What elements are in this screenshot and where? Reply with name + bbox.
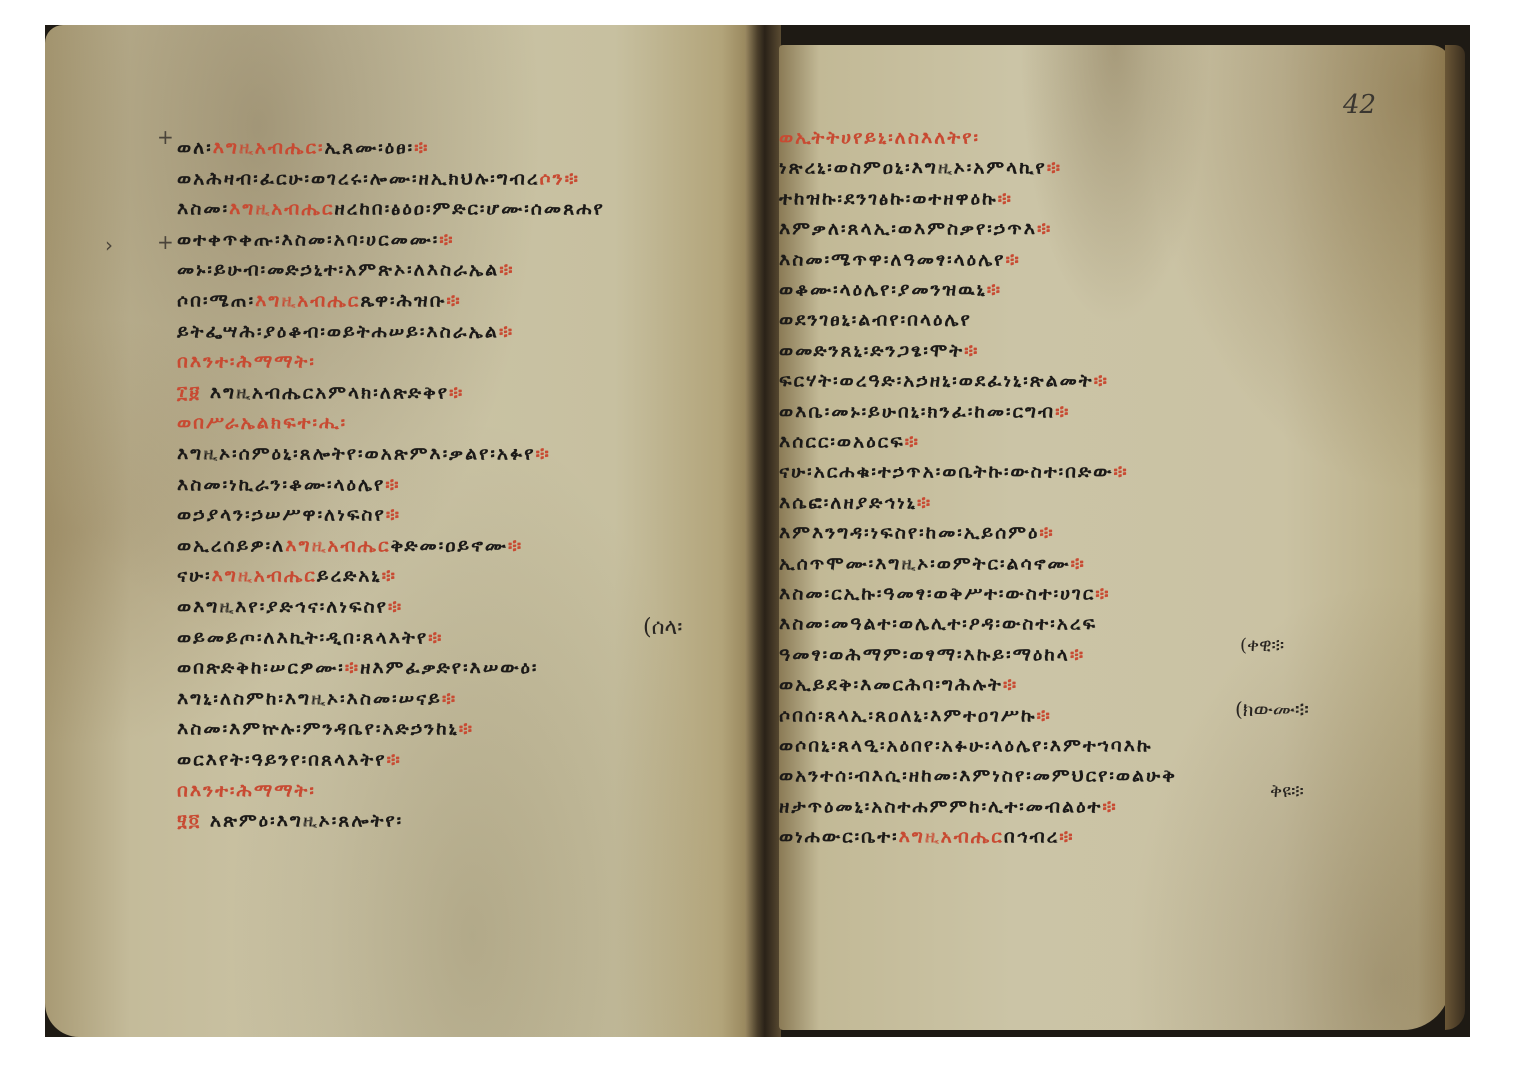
rubric-text: ፨ [1047, 158, 1062, 178]
manuscript-line: ዓመፃ፡ወሕማም፡ወፃማ፡እኩይ፡ማዕከላ፨ [779, 645, 1085, 665]
rubric-text: ፨ [1037, 219, 1052, 239]
ink-text: ወደንገፀኒ፡ልብየ፡በላዕሌየ [779, 310, 972, 330]
rubric-text: ፨ [1102, 797, 1117, 817]
ink-text: እስመ፡መዓልተ፡ወሌሊተ፡ዖዳ፡ውስተ፡አረፍ [779, 614, 1097, 634]
margin-note-right-3: ቅዩ፨ [1270, 781, 1304, 802]
ink-text: እግዚኦ፡ሰምዕኒ፡ጸሎትየ፡ወአጽምእ፡ቃልየ፡አፉየ [177, 444, 535, 464]
ink-text: ወአንተሰ፡ብእሲ፡ዘከመ፡እምነስየ፡መምህርየ፡ወልሁቅ [779, 766, 1177, 786]
ink-text: ዘእምፈቃድየ፡እሠውዕ፡ [360, 658, 538, 678]
ink-text: እምእንግዳ፡ነፍስየ፡ከመ፡ኢይሰምዕ [779, 523, 1039, 543]
manuscript-line: ወበጽድቅከ፡ሠርዎሙ፡፨ዘእምፈቃድየ፡እሠውዕ፡ [177, 658, 538, 678]
manuscript-line: ይትፌሣሕ፡ያዕቆብ፡ወይትሐሠይ፡እስራኤል፨ [177, 321, 514, 341]
rubric-text: ፨ [385, 474, 400, 494]
ink-text: ኢጸሙ፡ዕፀ፡ [325, 138, 415, 158]
ink-text: ይትፌሣሕ፡ያዕቆብ፡ወይትሐሠይ፡እስራኤል [177, 321, 499, 341]
ink-text: ወአሕዛብ፡ፈርሁ፡ወገረሩ፡ሎሙ፡ዘኢክህሉ፡ግብረ [177, 168, 540, 188]
rubric-text: ፨ [1095, 584, 1110, 604]
rubric-text: ፶፬ [177, 811, 201, 831]
rubric-text: ፨ [1094, 371, 1109, 391]
manuscript-line: ፶፬ አጽምዕ፡እግዚኦ፡ጸሎትየ፡ [177, 811, 403, 831]
rubric-text: እግዚአብሔር [285, 536, 390, 556]
rubric-text: ፨ [442, 689, 457, 709]
ink-text: ናሁ፡አርሐቁ፡ተኃጥአ፡ወቤትኩ፡ውስተ፡በድው [779, 462, 1113, 482]
ink-text: ወሶበኒ፡ጸላዒ፡አዕበየ፡አፉሁ፡ላዕሌየ፡እምተኀባእኩ [779, 736, 1153, 756]
manuscript-line: በእንተ፡ሕማማት፡ [177, 352, 316, 372]
ink-text: ወመድንጸኒ፡ድንጋፄ፡ሞት [779, 341, 964, 361]
ink-text: መኑ፡ይሁብ፡መድኃኒተ፡አምጽኦ፡ለእስራኤል [177, 260, 499, 280]
manuscript-line: ወነሐውር፡ቤተ፡እግዚአብሔርበኅብረ፨ [779, 827, 1075, 847]
margin-note-right-1: (ቀዊ፨ [1240, 635, 1284, 656]
rubric-text: ፨ [1003, 675, 1018, 695]
manuscript-line: ፍርሃት፡ወረዓድ፡አኃዘኒ፡ወደፈነኒ፡ጽልመት፨ [779, 371, 1109, 391]
ink-text: ፍርሃት፡ወረዓድ፡አኃዘኒ፡ወደፈነኒ፡ጽልመት [779, 371, 1094, 391]
ink-text: ተከዝኩ፡ደንገፅኩ፡ወተዘዋዕኩ [779, 189, 998, 209]
ink-text: እስመ፡ርኢኩ፡ዓመፃ፡ወቅሥተ፡ውስተ፡ሀገር [779, 584, 1095, 604]
ink-text: እሴፎ፡ለዘያድኅነኒ [779, 493, 917, 513]
ink-text: ጼዋ፡ሕዝቡ [360, 291, 446, 311]
ink-text: ወይመይጦ፡ለእኪት፡ዲበ፡ጸላእትየ [177, 627, 428, 647]
manuscript-line: ፲፱ እግዚአብሔርአምላክ፡ለጽድቅየ፨ [177, 383, 464, 403]
manuscript-line: ወደንገፀኒ፡ልብየ፡በላዕሌየ [779, 310, 972, 330]
manuscript-line: እምእንግዳ፡ነፍስየ፡ከመ፡ኢይሰምዕ፨ [779, 523, 1055, 543]
rubric-text: ፨ [414, 138, 429, 158]
manuscript-line: እግኒ፡ለስምከ፡እግዚኦ፡እስመ፡ሠናይ፨ [177, 689, 457, 709]
manuscript-line: እስመ፡ነኪራን፡ቆሙ፡ላዕሌየ፨ [177, 474, 401, 494]
rubric-text: ፨ [439, 230, 454, 250]
margin-cross-mark: + [157, 125, 174, 149]
ink-text: ወኃያላን፡ኃሠሥዋ፡ለነፍስየ [177, 505, 386, 525]
rubric-text: ወኢትትሀየይኒ፡ለስእለትየ፡ [779, 128, 980, 148]
rubric-text: ፨ [508, 536, 523, 556]
manuscript-line: ወኢረሰይዎ፡ለእግዚአብሔርቅድመ፡ዐይኖሙ፨ [177, 536, 523, 556]
manuscript-line: ወመድንጸኒ፡ድንጋፄ፡ሞት፨ [779, 341, 979, 361]
rubric-text: ፨ [459, 719, 474, 739]
rubric-text: ፨ [1070, 645, 1085, 665]
rubric-text: እግዚአብሔር [255, 291, 360, 311]
ink-text: እሰርር፡ወአዕርፍ [779, 432, 905, 452]
rubric-text: ፨ [1071, 553, 1086, 573]
manuscript-line: እስመ፡መዓልተ፡ወሌሊተ፡ዖዳ፡ውስተ፡አረፍ [779, 614, 1097, 634]
ink-text: እግዚአብሔርአምላክ፡ለጽድቅየ [201, 383, 449, 403]
manuscript-line: በእንተ፡ሕማማት፡ [177, 780, 316, 800]
manuscript-line: ወለ፡እግዚአብሔር፡ኢጸሙ፡ዕፀ፡፨ [177, 138, 429, 158]
rubric-text: ፨ [449, 383, 464, 403]
ink-text: ወርእየት፡ዓይንየ፡በጸላእትየ [177, 750, 387, 770]
rubric-text: ፨ [386, 505, 401, 525]
ink-text: እስመ፡ [177, 199, 229, 219]
rubric-text: ወበሥራኤልክፍተ፡ሒ፡ [177, 413, 347, 433]
rubric-text: እግዚአብሔር [212, 566, 317, 586]
ink-text: ሶበ፡ሜጠ፡ [177, 291, 255, 311]
rubric-text: ፨ [1113, 462, 1128, 482]
manuscript-line: እሰርር፡ወአዕርፍ፨ [779, 432, 920, 452]
rubric-text: እግዚአብሔር፡ [213, 138, 325, 158]
rubric-text: ፨ [382, 566, 397, 586]
page-number: 42 [1343, 90, 1376, 120]
rubric-text: ፨ [428, 627, 443, 647]
ink-text: ወነሐውር፡ቤተ፡ [779, 827, 899, 847]
margin-note-left: (ሰላ፡ [643, 615, 682, 640]
rubric-text: ፨ [388, 597, 403, 617]
manuscript-line: ናሁ፡እግዚአብሔርይረድአኒ፨ [177, 566, 397, 586]
rubric-text: ፨ [998, 189, 1013, 209]
rubric-text: ፨ [499, 321, 514, 341]
manuscript-line: ወበሥራኤልክፍተ፡ሒ፡ [177, 413, 347, 433]
manuscript-line: ወአንተሰ፡ብእሲ፡ዘከመ፡እምነስየ፡መምህርየ፡ወልሁቅ [779, 766, 1177, 786]
rubric-text: ፨ [1039, 523, 1054, 543]
ink-text: ወኢይደቅ፡እመርሕባ፡ግሕሉት [779, 675, 1003, 695]
rubric-text: በእንተ፡ሕማማት፡ [177, 352, 316, 372]
manuscript-line: ወአሕዛብ፡ፈርሁ፡ወገረሩ፡ሎሙ፡ዘኢክህሉ፡ግብረሶን፨ [177, 168, 580, 188]
ink-text: ዘረከበ፡ፅዕዐ፡ምድር፡ሆሙ፡ሰመጸሐየ [334, 199, 604, 219]
ink-text: ኢሰጥሞሙ፡እግዚኦ፡ወምትር፡ልሳኖሙ [779, 553, 1071, 573]
rubric-text: ፨ [1055, 401, 1070, 421]
rubric-text: ፨ [987, 280, 1002, 300]
manuscript-photo: + + › ወለ፡እግዚአብሔር፡ኢጸሙ፡ዕፀ፡፨ወአሕዛብ፡ፈርሁ፡ወገረሩ፡… [45, 25, 1470, 1037]
margin-hook-mark: › [105, 233, 113, 257]
rubric-text: ሶን፨ [540, 168, 580, 188]
manuscript-line: እስመ፡እምኵሉ፡ምንዳቤየ፡አድኃንከኒ፨ [177, 719, 474, 739]
manuscript-line: ወኢይደቅ፡እመርሕባ፡ግሕሉት፨ [779, 675, 1018, 695]
ink-text: ወእቤ፡መኑ፡ይሁበኒ፡ክንፈ፡ከመ፡ርግብ [779, 401, 1055, 421]
ink-text: እስመ፡ነኪራን፡ቆሙ፡ላዕሌየ [177, 474, 385, 494]
rubric-text: ፨ [446, 291, 461, 311]
rubric-text: ፨ [387, 750, 402, 770]
manuscript-line: ወእቤ፡መኑ፡ይሁበኒ፡ክንፈ፡ከመ፡ርግብ፨ [779, 401, 1070, 421]
ink-text: ወተቀጥቀጡ፡እስመ፡አባ፡ሀርመሙ፡ [177, 230, 439, 250]
manuscript-line: እስመ፡ሜጥዋ፡ለዓመፃ፡ላዕሌየ፨ [779, 249, 1021, 269]
page-edge [1445, 45, 1465, 1030]
rubric-text: ፨ [964, 341, 979, 361]
manuscript-line: ወቆሙ፡ላዕሌየ፡ያመንዝዉኒ፨ [779, 280, 1002, 300]
ink-text: እስመ፡እምኵሉ፡ምንዳቤየ፡አድኃንከኒ [177, 719, 459, 739]
ink-text: ወቆሙ፡ላዕሌየ፡ያመንዝዉኒ [779, 280, 987, 300]
rubric-text: ፨ [1037, 705, 1052, 725]
ink-text: ወኢረሰይዎ፡ለ [177, 536, 285, 556]
rubric-text: ፨ [905, 432, 920, 452]
manuscript-line: ወይመይጦ፡ለእኪት፡ዲበ፡ጸላእትየ፨ [177, 627, 443, 647]
margin-note-right-2: (ክውሙ፨ [1235, 697, 1309, 721]
rubric-text: በእንተ፡ሕማማት፡ [177, 780, 316, 800]
ink-text: ወበጽድቅከ፡ሠርዎሙ፡ [177, 658, 345, 678]
ink-text: በኅብረ [1004, 827, 1059, 847]
manuscript-line: ተከዝኩ፡ደንገፅኩ፡ወተዘዋዕኩ፨ [779, 189, 1013, 209]
rubric-text: ፨ [345, 658, 360, 678]
ink-text: ነጽረኒ፡ወስምዐኒ፡እግዚኦ፡አምላኪየ [779, 158, 1047, 178]
manuscript-line: ወርእየት፡ዓይንየ፡በጸላእትየ፨ [177, 750, 402, 770]
manuscript-line: ወእግዚእየ፡ያድኅና፡ለነፍስየ፨ [177, 597, 403, 617]
binding-gutter [745, 25, 781, 1037]
ink-text: ወእግዚእየ፡ያድኅና፡ለነፍስየ [177, 597, 388, 617]
manuscript-line: ኢሰጥሞሙ፡እግዚኦ፡ወምትር፡ልሳኖሙ፨ [779, 553, 1086, 573]
ink-text: ይረድአኒ [317, 566, 382, 586]
manuscript-line: ወኢትትሀየይኒ፡ለስእለትየ፡ [779, 128, 980, 148]
ink-text: አጽምዕ፡እግዚኦ፡ጸሎትየ፡ [201, 811, 403, 831]
manuscript-line: እስመ፡ርኢኩ፡ዓመፃ፡ወቅሥተ፡ውስተ፡ሀገር፨ [779, 584, 1111, 604]
ink-text: ዓመፃ፡ወሕማም፡ወፃማ፡እኩይ፡ማዕከላ [779, 645, 1070, 665]
manuscript-line: እስመ፡እግዚአብሔርዘረከበ፡ፅዕዐ፡ምድር፡ሆሙ፡ሰመጸሐየ [177, 199, 605, 219]
rubric-text: እግዚአብሔር [899, 827, 1004, 847]
rubric-text: ፨ [1059, 827, 1074, 847]
manuscript-line: ሶበ፡ሜጠ፡እግዚአብሔርጼዋ፡ሕዝቡ፨ [177, 291, 462, 311]
rubric-text: ፲፱ [177, 383, 201, 403]
manuscript-line: እግዚኦ፡ሰምዕኒ፡ጸሎትየ፡ወአጽምእ፡ቃልየ፡አፉየ፨ [177, 444, 551, 464]
rubric-text: እግዚአብሔር [229, 199, 334, 219]
ink-text: ቅድመ፡ዐይኖሙ [391, 536, 508, 556]
manuscript-line: ወኃያላን፡ኃሠሥዋ፡ለነፍስየ፨ [177, 505, 401, 525]
manuscript-line: እሴፎ፡ለዘያድኅነኒ፨ [779, 493, 932, 513]
ink-text: ዘታጥዕመኒ፡አስተሐምምከ፡ሊተ፡መብልዕተ [779, 797, 1102, 817]
manuscript-line: ናሁ፡አርሐቁ፡ተኃጥአ፡ወቤትኩ፡ውስተ፡በድው፨ [779, 462, 1129, 482]
manuscript-line: ነጽረኒ፡ወስምዐኒ፡እግዚኦ፡አምላኪየ፨ [779, 158, 1062, 178]
manuscript-line: ወሶበኒ፡ጸላዒ፡አዕበየ፡አፉሁ፡ላዕሌየ፡እምተኀባእኩ [779, 736, 1153, 756]
manuscript-line: ወተቀጥቀጡ፡እስመ፡አባ፡ሀርመሙ፡፨ [177, 230, 455, 250]
manuscript-line: ሶበሰ፡ጸላኢ፡ጸዐለኒ፡እምተዐገሥኩ፨ [779, 705, 1052, 725]
margin-cross-mark: + [157, 230, 174, 254]
rubric-text: ፨ [917, 493, 932, 513]
ink-text: ናሁ፡ [177, 566, 212, 586]
ink-text: እግኒ፡ለስምከ፡እግዚኦ፡እስመ፡ሠናይ [177, 689, 442, 709]
ink-text: እምቃለ፡ጸላኢ፡ወእምስቃየ፡ኃጥእ [779, 219, 1037, 239]
ink-text: ወለ፡ [177, 138, 213, 158]
ink-text: ሶበሰ፡ጸላኢ፡ጸዐለኒ፡እምተዐገሥኩ [779, 705, 1037, 725]
ink-text: እስመ፡ሜጥዋ፡ለዓመፃ፡ላዕሌየ [779, 249, 1005, 269]
rubric-text: ፨ [535, 444, 550, 464]
rubric-text: ፨ [499, 260, 514, 280]
manuscript-line: እምቃለ፡ጸላኢ፡ወእምስቃየ፡ኃጥእ፨ [779, 219, 1052, 239]
rubric-text: ፨ [1005, 249, 1020, 269]
manuscript-line: መኑ፡ይሁብ፡መድኃኒተ፡አምጽኦ፡ለእስራኤል፨ [177, 260, 515, 280]
manuscript-line: ዘታጥዕመኒ፡አስተሐምምከ፡ሊተ፡መብልዕተ፨ [779, 797, 1118, 817]
